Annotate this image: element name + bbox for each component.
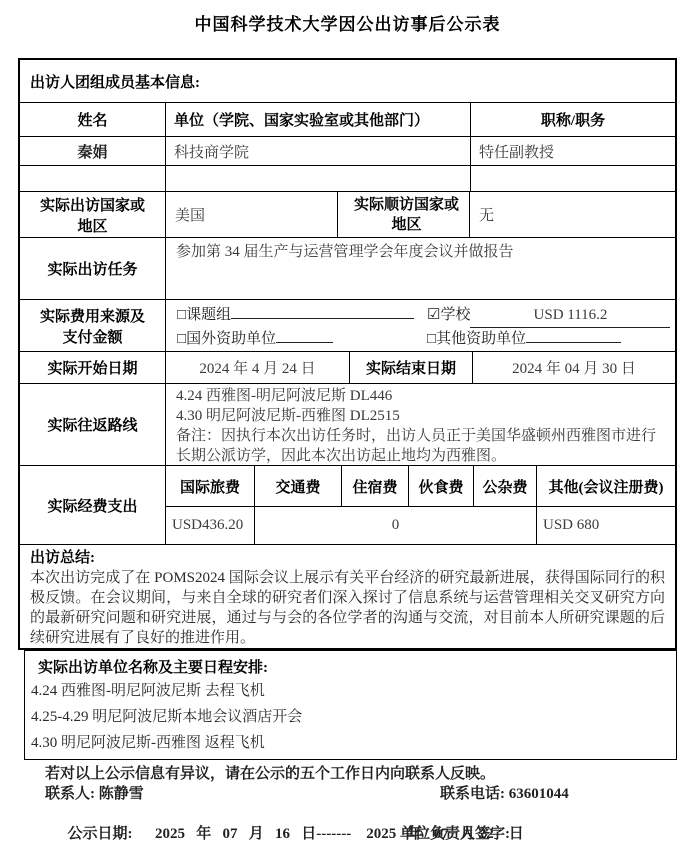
expense-label: 实际经费支出 — [20, 466, 165, 544]
expense-other-value: USD 680 — [536, 507, 675, 544]
expense-col-misc: 公杂费 — [473, 466, 536, 506]
start-date-label: 实际开始日期 — [20, 352, 165, 383]
expense-col-lodging: 住宿费 — [341, 466, 408, 506]
expense-row: 实际经费支出 国际旅费 交通费 住宿费 伙食费 公杂费 其他(会议注册费) US… — [20, 466, 675, 545]
basic-info-header: 出访人团组成员基本信息: — [20, 60, 675, 102]
funding-options: □课题组☑学校USD 1116.2 □国外资助单位□其他资助单位 — [165, 300, 675, 351]
other-blank-line — [526, 340, 621, 343]
school-amount: USD 1116.2 — [470, 304, 670, 328]
task-row: 实际出访任务 参加第 34 届生产与运营管理学会年度会议并做报告 — [20, 238, 675, 300]
itinerary-line-2: 4.25-4.29 明尼阿波尼斯本地会议酒店开会 — [25, 704, 676, 730]
route-value: 4.24 西雅图-明尼阿波尼斯 DL446 4.30 明尼阿波尼斯-西雅图 DL… — [165, 384, 675, 465]
contact-phone: 联系电话: 63601044 — [440, 784, 569, 804]
itinerary-line-1: 4.24 西雅图-明尼阿波尼斯 去程飞机 — [25, 678, 676, 704]
checkbox-school-icon: ☑ — [427, 307, 440, 323]
countries-row: 实际出访国家或 地区 美国 实际顺访国家或 地区 无 — [20, 192, 675, 238]
signature-line: 单位负责人签字: — [0, 824, 695, 844]
contact-person: 联系人: 陈静雪 — [45, 786, 144, 802]
visited-country-label: 实际出访国家或 地区 — [20, 192, 165, 237]
publicity-form-page: 中国科学技术大学因公出访事后公示表 出访人团组成员基本信息: 姓名 单位（学院、… — [0, 0, 695, 850]
expense-header-row: 国际旅费 交通费 住宿费 伙食费 公杂费 其他(会议注册费) — [166, 466, 675, 507]
project-blank-line — [231, 316, 414, 319]
contact-line: 联系人: 陈静雪 联系电话: 63601044 — [0, 784, 695, 804]
summary-row: 出访总结: 本次出访完成了在 POMS2024 国际会议上展示有关平台经济的研究… — [20, 545, 675, 648]
route-leg-1: 4.24 西雅图-明尼阿波尼斯 DL446 — [176, 386, 667, 406]
end-date-value: 2024 年 04 月 30 日 — [472, 352, 675, 383]
funding-line-1: □课题组☑学校USD 1116.2 — [177, 304, 669, 328]
member-name-empty — [20, 166, 165, 191]
member-header-row: 姓名 单位（学院、国家实验室或其他部门） 职称/职务 — [20, 103, 675, 137]
itinerary-box: 实际出访单位名称及主要日程安排: 4.24 西雅图-明尼阿波尼斯 去程飞机 4.… — [24, 650, 677, 760]
end-date-label: 实际结束日期 — [349, 352, 472, 383]
member-title-empty — [470, 166, 675, 191]
funding-option-project: 课题组 — [186, 307, 231, 323]
funding-label: 实际费用来源及 支付金额 — [20, 300, 165, 351]
visited-country-value: 美国 — [165, 192, 337, 237]
expense-grid: 国际旅费 交通费 住宿费 伙食费 公杂费 其他(会议注册费) USD436.20… — [165, 466, 675, 544]
expense-value-row: USD436.20 0 USD 680 — [166, 507, 675, 544]
summary-label: 出访总结: — [30, 548, 665, 568]
expense-col-other: 其他(会议注册费) — [536, 466, 675, 506]
main-form-table: 出访人团组成员基本信息: 姓名 单位（学院、国家实验室或其他部门） 职称/职务 … — [18, 58, 677, 650]
expense-intl-value: USD436.20 — [166, 507, 254, 544]
task-label: 实际出访任务 — [20, 238, 165, 299]
funding-option-school: 学校 — [440, 307, 470, 323]
member-name: 秦娟 — [20, 137, 165, 165]
checkbox-project-icon: □ — [177, 307, 186, 323]
task-value: 参加第 34 届生产与运营管理学会年度会议并做报告 — [165, 238, 675, 299]
member-row-empty — [20, 166, 675, 192]
member-unit: 科技商学院 — [165, 137, 470, 165]
objection-notice: 若对以上公示信息有异议，请在公示的五个工作日内向联系人反映。 — [0, 764, 695, 784]
expense-col-transport: 交通费 — [254, 466, 341, 506]
transit-country-label: 实际顺访国家或 地区 — [337, 192, 469, 237]
funding-line-2: □国外资助单位□其他资助单位 — [177, 328, 669, 351]
route-note: 备注：因执行本次出访任务时，出访人员正于美国华盛顿州西雅图市进行长期公派访学，因… — [176, 426, 667, 465]
dates-row: 实际开始日期 2024 年 4 月 24 日 实际结束日期 2024 年 04 … — [20, 352, 675, 384]
col-header-name: 姓名 — [20, 103, 165, 136]
publicity-date-line: 公示日期: 2025 年 07 月 16 日------- 2025 年 07 … — [0, 804, 695, 824]
itinerary-label: 实际出访单位名称及主要日程安排: — [25, 651, 676, 678]
funding-option-foreign: 国外资助单位 — [186, 331, 276, 347]
route-label: 实际往返路线 — [20, 384, 165, 465]
expense-col-intl: 国际旅费 — [166, 466, 254, 506]
col-header-unit: 单位（学院、国家实验室或其他部门） — [165, 103, 470, 136]
checkbox-other-icon: □ — [427, 331, 436, 347]
checkbox-foreign-icon: □ — [177, 331, 186, 347]
basic-info-row: 出访人团组成员基本信息: — [20, 60, 675, 103]
foreign-blank-line — [276, 340, 333, 343]
transit-country-value: 无 — [469, 192, 675, 237]
member-unit-empty — [165, 166, 470, 191]
funding-row: 实际费用来源及 支付金额 □课题组☑学校USD 1116.2 □国外资助单位□其… — [20, 300, 675, 352]
expense-col-meals: 伙食费 — [408, 466, 473, 506]
route-row: 实际往返路线 4.24 西雅图-明尼阿波尼斯 DL446 4.30 明尼阿波尼斯… — [20, 384, 675, 466]
itinerary-line-3: 4.30 明尼阿波尼斯-西雅图 返程飞机 — [25, 730, 676, 756]
footer-section: 若对以上公示信息有异议，请在公示的五个工作日内向联系人反映。 联系人: 陈静雪 … — [0, 764, 695, 844]
start-date-value: 2024 年 4 月 24 日 — [165, 352, 349, 383]
page-title: 中国科学技术大学因公出访事后公示表 — [0, 10, 695, 35]
member-row: 秦娟 科技商学院 特任副教授 — [20, 137, 675, 166]
expense-merged-value: 0 — [254, 507, 536, 544]
route-leg-2: 4.30 明尼阿波尼斯-西雅图 DL2515 — [176, 406, 667, 426]
summary-body: 本次出访完成了在 POMS2024 国际会议上展示有关平台经济的研究最新进展，获… — [30, 568, 665, 648]
funding-option-other: 其他资助单位 — [436, 331, 526, 347]
col-header-title: 职称/职务 — [470, 103, 675, 136]
summary-cell: 出访总结: 本次出访完成了在 POMS2024 国际会议上展示有关平台经济的研究… — [20, 545, 675, 648]
member-title: 特任副教授 — [470, 137, 675, 165]
